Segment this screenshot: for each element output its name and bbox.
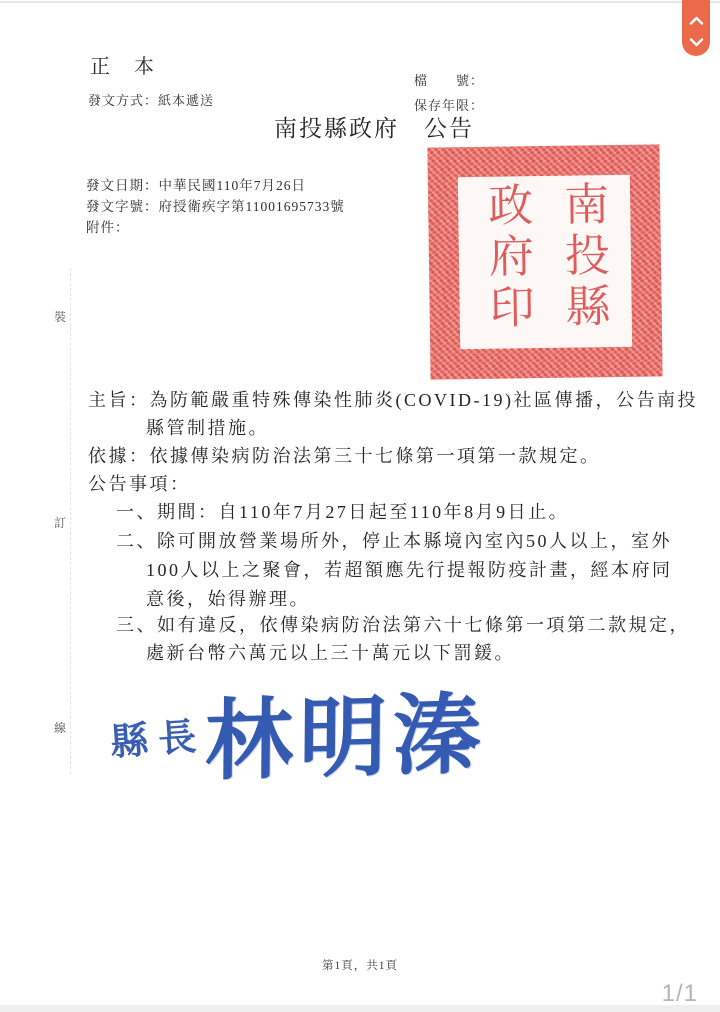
body-line: 縣管制措施。 (146, 414, 269, 440)
seal-text: 南投縣政府印 (468, 180, 622, 344)
body-line: 依據：依據傳染病防治法第三十七條第一項第一款規定。 (88, 442, 601, 468)
binding-mark-ding: 訂 (54, 514, 66, 531)
body-line: 一、期間：自110年7月27日起至110年8月9日止。 (116, 498, 569, 524)
body-line: 二、除可開放營業場所外，停止本縣境內室內50人以上，室外 (116, 527, 672, 553)
binding-mark-zhuang: 裝 (54, 308, 66, 325)
page-bottom-edge (0, 1005, 720, 1012)
issue-date: 發文日期：中華民國110年7月26日 (86, 174, 306, 194)
scroll-navigation-pill (682, 0, 710, 56)
copy-type-label: 正 本 (90, 50, 156, 79)
chevron-up-icon (689, 14, 704, 29)
reference-number: 發文字號：府授衛疾字第11001695733號 (86, 195, 345, 215)
magistrate-title-stamp: 縣長 (108, 705, 208, 767)
magistrate-name-stamp: 林明溱 (204, 664, 487, 797)
official-red-seal: 南投縣政府印 (427, 144, 662, 379)
delivery-method-label: 發文方式：紙本遞送 (88, 90, 214, 109)
scroll-up-button[interactable] (687, 14, 705, 28)
seal-inner-panel: 南投縣政府印 (458, 175, 632, 349)
file-number-label: 檔 號： (414, 70, 484, 89)
body-line: 100人以上之聚會，若超額應先行提報防疫計畫，經本府同 (146, 556, 673, 582)
document-title: 南投縣政府 公告 (274, 110, 474, 143)
attachment-label: 附件： (86, 216, 130, 236)
viewer-page-indicator: 1/1 (662, 980, 698, 1008)
body-line: 公告事項： (88, 470, 191, 496)
body-line: 三、如有違反，依傳染病防治法第六十七條第一項第二款規定， (116, 611, 690, 637)
page-footer: 第1頁，共1頁 (0, 957, 720, 973)
page-top-edge (0, 1, 720, 3)
chevron-down-icon (689, 36, 704, 51)
body-line: 主旨：為防範嚴重特殊傳染性肺炎(COVID-19)社區傳播，公告南投 (88, 386, 698, 412)
body-line: 處新台幣六萬元以上三十萬元以下罰鍰。 (146, 639, 515, 665)
binding-line (70, 268, 71, 774)
body-line: 意後，始得辦理。 (146, 585, 310, 611)
scroll-down-button[interactable] (687, 36, 705, 50)
binding-mark-xian: 線 (54, 719, 66, 736)
